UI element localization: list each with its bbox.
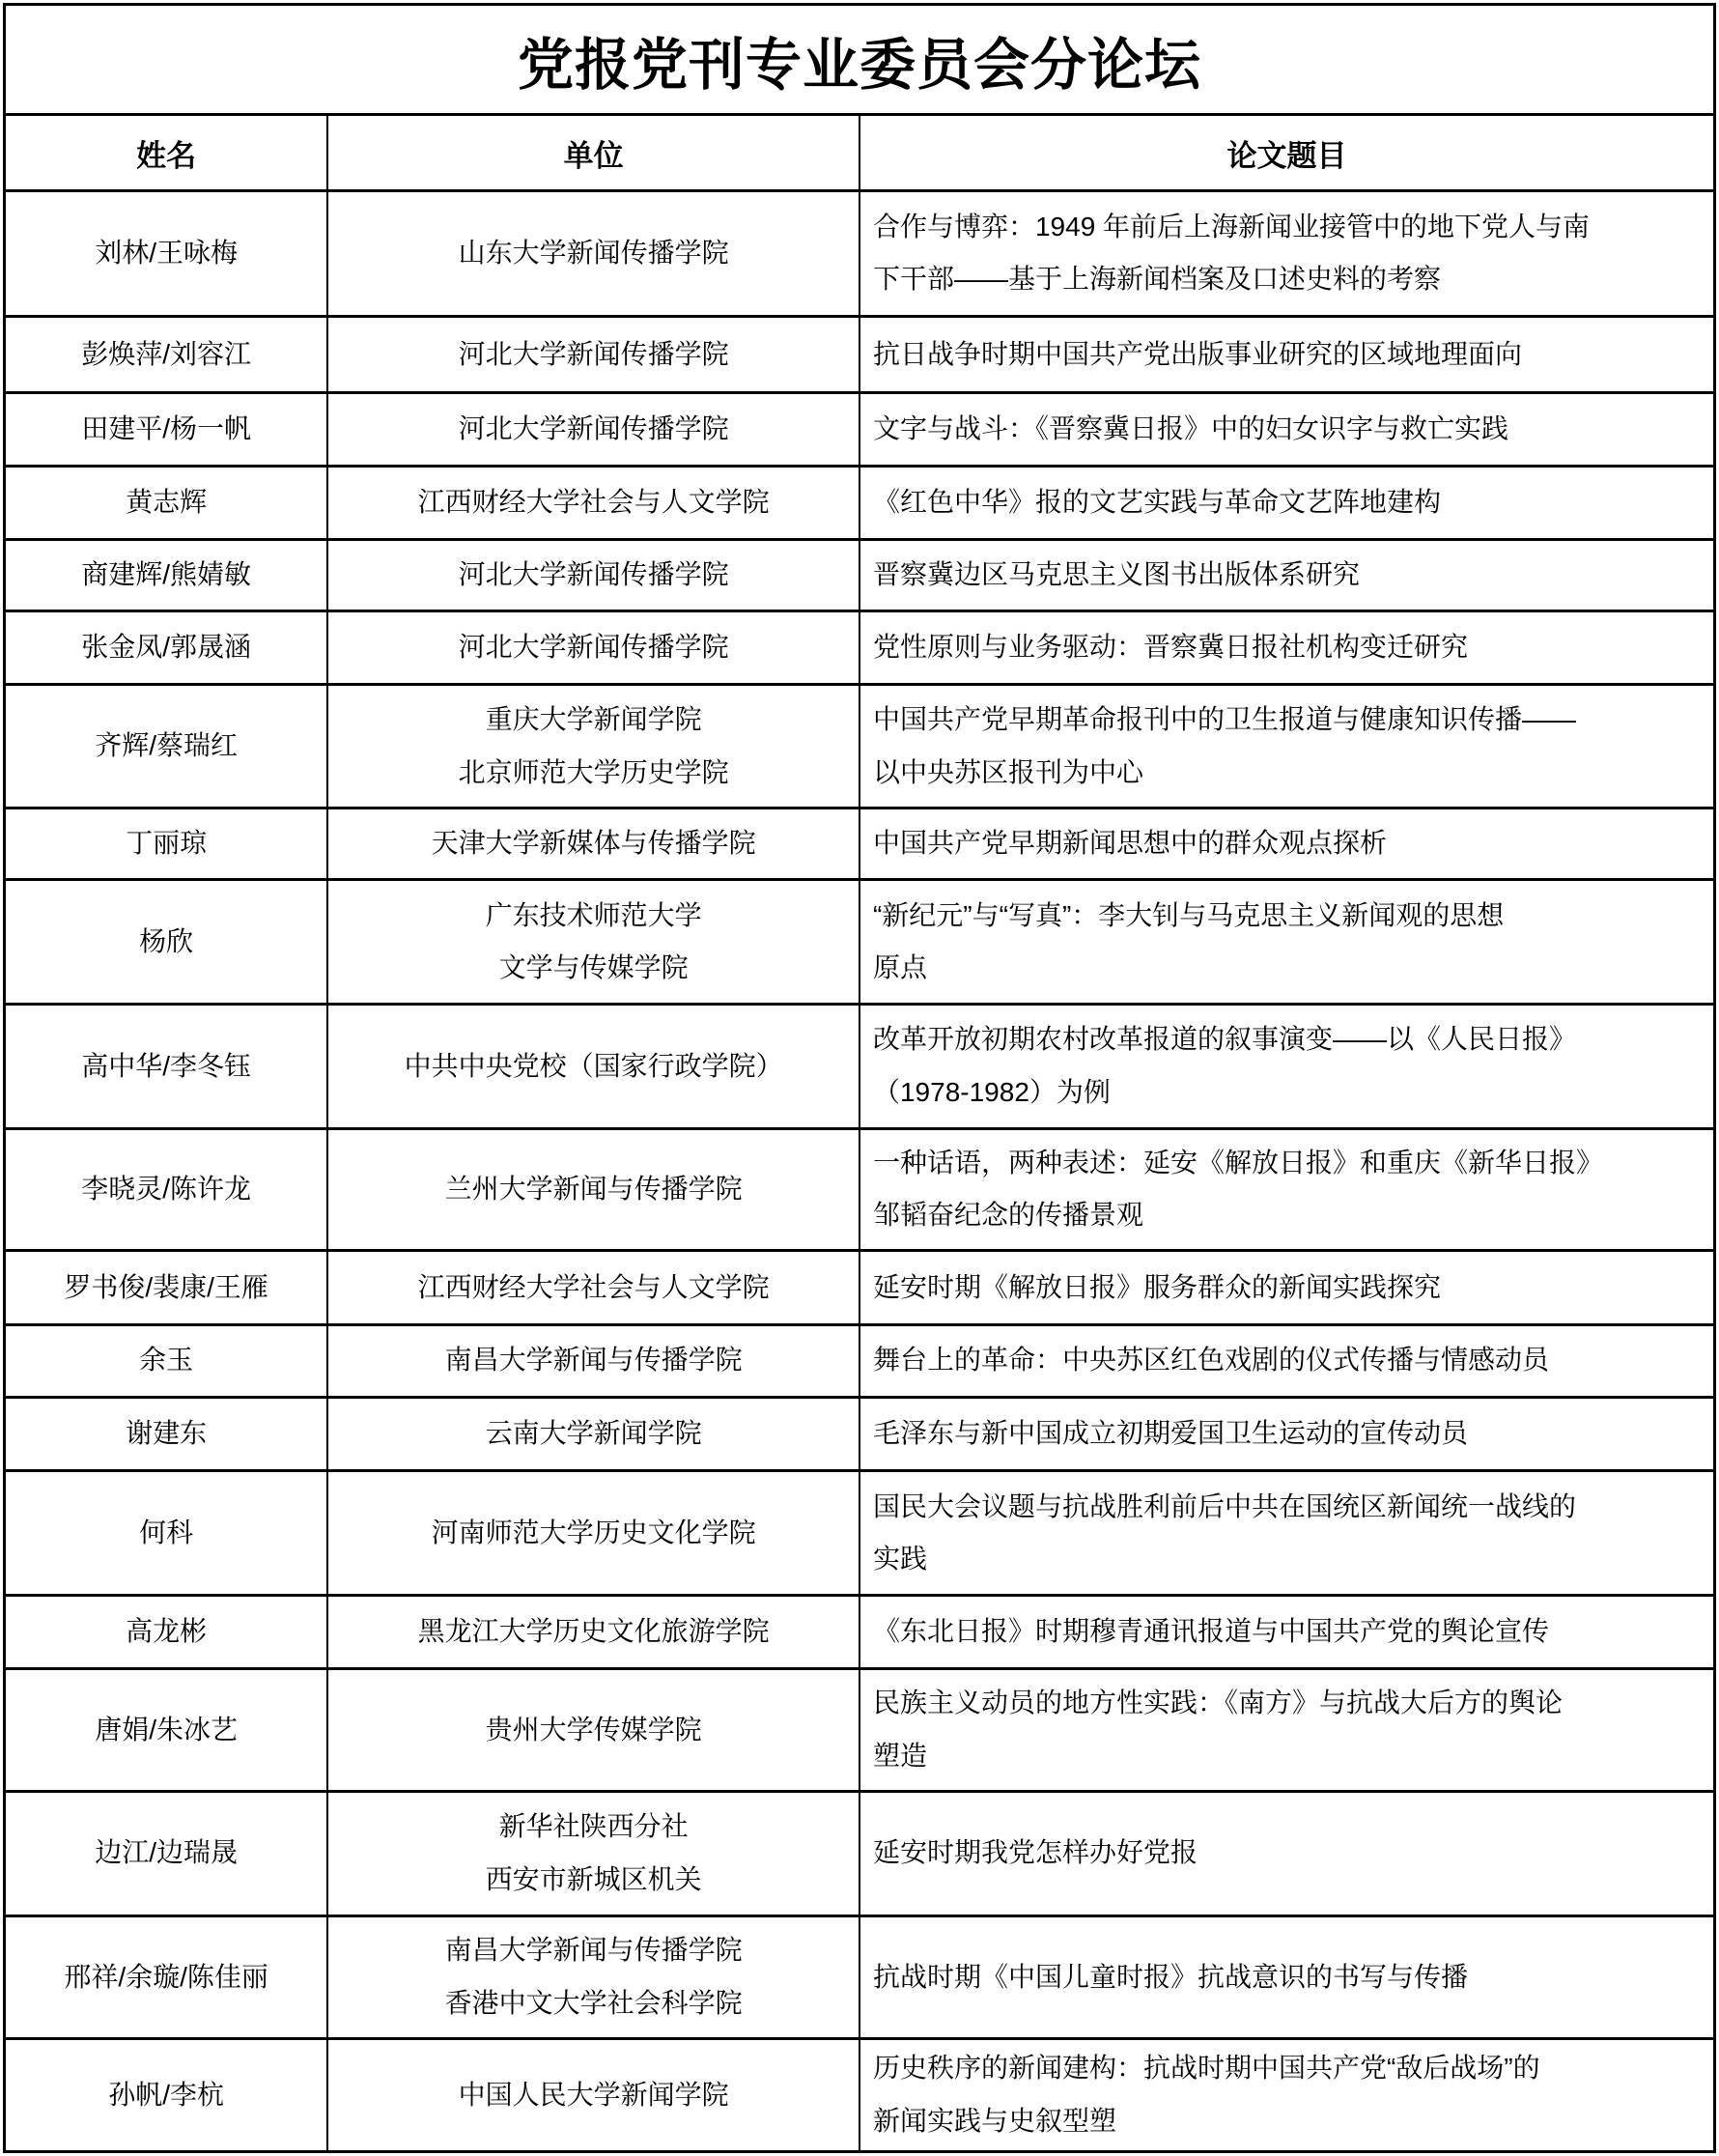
table-row: 唐娟/朱冰艺 贵州大学传媒学院 民族主义动员的地方性实践：《南方》与抗战大后方的… xyxy=(5,1669,1715,1792)
author-name-cell: 余玉 xyxy=(5,1324,328,1397)
table-row: 黄志辉 江西财经大学社会与人文学院 《红色中华》报的文艺实践与革命文艺阵地建构 xyxy=(5,467,1715,539)
header-row: 姓名 单位 论文题目 xyxy=(5,115,1715,191)
paper-title-cell: 抗战时期《中国儿童时报》抗战意识的书写与传播 xyxy=(859,1915,1715,2039)
paper-title-cell: 舞台上的革命：中央苏区红色戏剧的仪式传播与情感动员 xyxy=(859,1324,1715,1397)
organization-cell: 江西财经大学社会与人文学院 xyxy=(327,1251,859,1324)
author-name-cell: 张金凤/郭晟涵 xyxy=(5,611,328,685)
author-name-cell: 田建平/杨一帆 xyxy=(5,393,328,467)
table-body: 刘林/王咏梅 山东大学新闻传播学院 合作与博弈：1949 年前后上海新闻业接管中… xyxy=(5,191,1715,2152)
author-name-cell: 杨欣 xyxy=(5,880,328,1005)
paper-title-cell: 改革开放初期农村改革报道的叙事演变——以《人民日报》 （1978-1982）为例 xyxy=(859,1005,1715,1129)
organization-cell: 广东技术师范大学 文学与传媒学院 xyxy=(327,880,859,1005)
author-name-cell: 商建辉/熊婧敏 xyxy=(5,539,328,610)
author-name-cell: 罗书俊/裴康/王雁 xyxy=(5,1251,328,1324)
author-name-cell: 何科 xyxy=(5,1471,328,1596)
column-header-name: 姓名 xyxy=(5,115,328,191)
paper-title-cell: 毛泽东与新中国成立初期爱国卫生运动的宣传动员 xyxy=(859,1397,1715,1470)
paper-title-cell: 《红色中华》报的文艺实践与革命文艺阵地建构 xyxy=(859,467,1715,539)
table-row: 杨欣 广东技术师范大学 文学与传媒学院 “新纪元”与“写真”：李大钊与马克思主义… xyxy=(5,880,1715,1005)
organization-cell: 兰州大学新闻与传播学院 xyxy=(327,1128,859,1251)
paper-title-cell: 文字与战斗：《晋察冀日报》中的妇女识字与救亡实践 xyxy=(859,393,1715,467)
paper-title-cell: 一种话语，两种表述：延安《解放日报》和重庆《新华日报》 邹韬奋纪念的传播景观 xyxy=(859,1128,1715,1251)
table-row: 余玉 南昌大学新闻与传播学院 舞台上的革命：中央苏区红色戏剧的仪式传播与情感动员 xyxy=(5,1324,1715,1397)
author-name-cell: 李晓灵/陈许龙 xyxy=(5,1128,328,1251)
organization-cell: 山东大学新闻传播学院 xyxy=(327,191,859,317)
table-row: 田建平/杨一帆 河北大学新闻传播学院 文字与战斗：《晋察冀日报》中的妇女识字与救… xyxy=(5,393,1715,467)
organization-cell: 中国人民大学新闻学院 xyxy=(327,2039,859,2152)
organization-cell: 中共中央党校（国家行政学院） xyxy=(327,1005,859,1129)
paper-title-cell: 延安时期我党怎样办好党报 xyxy=(859,1791,1715,1915)
table-row: 齐辉/蔡瑞红 重庆大学新闻学院 北京师范大学历史学院 中国共产党早期革命报刊中的… xyxy=(5,685,1715,808)
author-name-cell: 孙帆/李杭 xyxy=(5,2039,328,2152)
author-name-cell: 邢祥/余璇/陈佳丽 xyxy=(5,1915,328,2039)
author-name-cell: 高龙彬 xyxy=(5,1595,328,1668)
table-row: 李晓灵/陈许龙 兰州大学新闻与传播学院 一种话语，两种表述：延安《解放日报》和重… xyxy=(5,1128,1715,1251)
author-name-cell: 唐娟/朱冰艺 xyxy=(5,1669,328,1792)
column-header-org: 单位 xyxy=(327,115,859,191)
author-name-cell: 黄志辉 xyxy=(5,467,328,539)
forum-title: 党报党刊专业委员会分论坛 xyxy=(5,5,1715,115)
table-row: 商建辉/熊婧敏 河北大学新闻传播学院 晋察冀边区马克思主义图书出版体系研究 xyxy=(5,539,1715,610)
paper-title-cell: 延安时期《解放日报》服务群众的新闻实践探究 xyxy=(859,1251,1715,1324)
organization-cell: 河南师范大学历史文化学院 xyxy=(327,1471,859,1596)
table-row: 邢祥/余璇/陈佳丽 南昌大学新闻与传播学院 香港中文大学社会科学院 抗战时期《中… xyxy=(5,1915,1715,2039)
organization-cell: 贵州大学传媒学院 xyxy=(327,1669,859,1792)
author-name-cell: 谢建东 xyxy=(5,1397,328,1470)
paper-title-cell: 民族主义动员的地方性实践：《南方》与抗战大后方的舆论 塑造 xyxy=(859,1669,1715,1792)
organization-cell: 黑龙江大学历史文化旅游学院 xyxy=(327,1595,859,1668)
column-header-paper: 论文题目 xyxy=(859,115,1715,191)
author-name-cell: 边江/边瑞晟 xyxy=(5,1791,328,1915)
author-name-cell: 刘林/王咏梅 xyxy=(5,191,328,317)
organization-cell: 河北大学新闻传播学院 xyxy=(327,393,859,467)
paper-title-cell: 国民大会议题与抗战胜利前后中共在国统区新闻统一战线的 实践 xyxy=(859,1471,1715,1596)
paper-title-cell: 《东北日报》时期穆青通讯报道与中国共产党的舆论宣传 xyxy=(859,1595,1715,1668)
paper-title-cell: 晋察冀边区马克思主义图书出版体系研究 xyxy=(859,539,1715,610)
paper-title-cell: 历史秩序的新闻建构：抗战时期中国共产党“敌后战场”的 新闻实践与史叙型塑 xyxy=(859,2039,1715,2152)
table-row: 张金凤/郭晟涵 河北大学新闻传播学院 党性原则与业务驱动：晋察冀日报社机构变迁研… xyxy=(5,611,1715,685)
table-row: 刘林/王咏梅 山东大学新闻传播学院 合作与博弈：1949 年前后上海新闻业接管中… xyxy=(5,191,1715,317)
organization-cell: 河北大学新闻传播学院 xyxy=(327,539,859,610)
paper-title-cell: 合作与博弈：1949 年前后上海新闻业接管中的地下党人与南 下干部——基于上海新… xyxy=(859,191,1715,317)
table-row: 何科 河南师范大学历史文化学院 国民大会议题与抗战胜利前后中共在国统区新闻统一战… xyxy=(5,1471,1715,1596)
table-row: 孙帆/李杭 中国人民大学新闻学院 历史秩序的新闻建构：抗战时期中国共产党“敌后战… xyxy=(5,2039,1715,2152)
table-row: 谢建东 云南大学新闻学院 毛泽东与新中国成立初期爱国卫生运动的宣传动员 xyxy=(5,1397,1715,1470)
organization-cell: 云南大学新闻学院 xyxy=(327,1397,859,1470)
organization-cell: 南昌大学新闻与传播学院 香港中文大学社会科学院 xyxy=(327,1915,859,2039)
paper-title-cell: “新纪元”与“写真”：李大钊与马克思主义新闻观的思想 原点 xyxy=(859,880,1715,1005)
table-row: 罗书俊/裴康/王雁 江西财经大学社会与人文学院 延安时期《解放日报》服务群众的新… xyxy=(5,1251,1715,1324)
table-row: 丁丽琼 天津大学新媒体与传播学院 中国共产党早期新闻思想中的群众观点探析 xyxy=(5,808,1715,880)
organization-cell: 新华社陕西分社 西安市新城区机关 xyxy=(327,1791,859,1915)
organization-cell: 重庆大学新闻学院 北京师范大学历史学院 xyxy=(327,685,859,808)
organization-cell: 南昌大学新闻与传播学院 xyxy=(327,1324,859,1397)
organization-cell: 河北大学新闻传播学院 xyxy=(327,611,859,685)
organization-cell: 河北大学新闻传播学院 xyxy=(327,316,859,392)
author-name-cell: 彭焕萍/刘容江 xyxy=(5,316,328,392)
organization-cell: 江西财经大学社会与人文学院 xyxy=(327,467,859,539)
author-name-cell: 齐辉/蔡瑞红 xyxy=(5,685,328,808)
paper-title-cell: 党性原则与业务驱动：晋察冀日报社机构变迁研究 xyxy=(859,611,1715,685)
paper-title-cell: 抗日战争时期中国共产党出版事业研究的区域地理面向 xyxy=(859,316,1715,392)
paper-title-cell: 中国共产党早期革命报刊中的卫生报道与健康知识传播—— 以中央苏区报刊为中心 xyxy=(859,685,1715,808)
title-row: 党报党刊专业委员会分论坛 xyxy=(5,5,1715,115)
paper-title-cell: 中国共产党早期新闻思想中的群众观点探析 xyxy=(859,808,1715,880)
author-name-cell: 丁丽琼 xyxy=(5,808,328,880)
organization-cell: 天津大学新媒体与传播学院 xyxy=(327,808,859,880)
forum-table: 党报党刊专业委员会分论坛 姓名 单位 论文题目 刘林/王咏梅 山东大学新闻传播学… xyxy=(3,3,1716,2153)
author-name-cell: 高中华/李冬钰 xyxy=(5,1005,328,1129)
document-page: 党报党刊专业委员会分论坛 姓名 单位 论文题目 刘林/王咏梅 山东大学新闻传播学… xyxy=(0,0,1719,2156)
table-row: 高龙彬 黑龙江大学历史文化旅游学院 《东北日报》时期穆青通讯报道与中国共产党的舆… xyxy=(5,1595,1715,1668)
table-row: 彭焕萍/刘容江 河北大学新闻传播学院 抗日战争时期中国共产党出版事业研究的区域地… xyxy=(5,316,1715,392)
table-row: 边江/边瑞晟 新华社陕西分社 西安市新城区机关 延安时期我党怎样办好党报 xyxy=(5,1791,1715,1915)
table-row: 高中华/李冬钰 中共中央党校（国家行政学院） 改革开放初期农村改革报道的叙事演变… xyxy=(5,1005,1715,1129)
